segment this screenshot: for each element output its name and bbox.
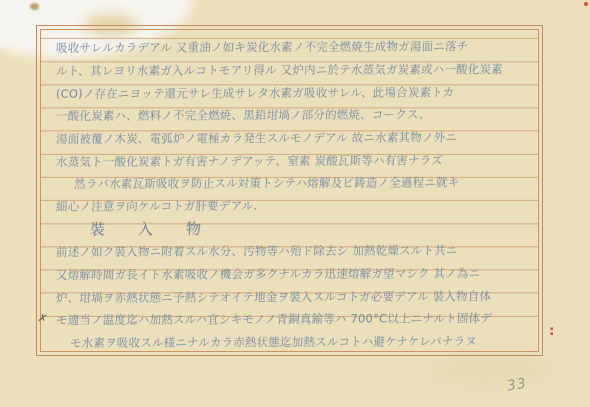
handwritten-line: モ適当ノ温度迄ハ加熱スルハ宜シキモノノ青銅真鍮等ハ 700°C以上ニナルト固体デ: [56, 310, 493, 328]
handwritten-line: ルト、其レヨリ水素ガ入ルコトモアリ得ル 又炉内ニ於テ水蒸気ガ炭素或ハ一酸化炭素: [56, 61, 504, 79]
paper-stain: [430, 355, 550, 385]
page-number: 33: [506, 375, 528, 394]
handwritten-line: 前述ノ如ク裝入物ニ附着スル水分、汚物等ハ殆ド除去シ 加熱乾燥スルト共ニ: [56, 242, 458, 260]
section-heading: 裝 入 物: [89, 218, 210, 240]
handwritten-line: 細心ノ注意ヲ向ケルコトガ肝要デアル.: [56, 198, 258, 215]
handwritten-line: 又熔解時間ガ長イト水素吸收ノ機会ガ多クナルカラ迅速熔解ガ望マシク 其ノ為ニ: [56, 265, 481, 283]
handwritten-line: 一酸化炭素ハ、燃料ノ不完全燃焼、黒鉛坩堝ノ部分的燃焼、コークス、: [56, 106, 431, 124]
scanned-page: 吸收サレルカラデアル 又重油ノ如キ炭化水素ノ不完全燃焼生成物ガ湯面ニ落チ ルト、…: [0, 0, 590, 407]
handwritten-line: モ水素ヲ吸收スル様ニナルカラ赤熱状態迄加熱スルコトハ避ケナケレバナラヌ: [70, 333, 478, 351]
handwritten-line: 水蒸気ト一酸化炭素トガ有害ナノデアッテ、窒素 炭酸瓦斯等ハ有害ナラズ: [56, 152, 444, 170]
handwritten-line: 湯面被覆ノ木炭、電弧炉ノ電極カラ発生スルモノデアル 故ニ水素其物ノ外ニ: [56, 129, 458, 147]
scan-artifact-dot: [584, 2, 588, 6]
handwritten-line: 然ラバ水素瓦斯吸收ヲ防止スル対策トシテハ熔解及ビ鋳造ノ全過程ニ就キ: [74, 174, 460, 192]
paper-stain: [30, 3, 39, 10]
handwritten-line: (CO)ノ存在ニヨッテ還元サレ生成サレタ水素ガ吸收サレル、此場合炭素トカ: [56, 84, 455, 102]
margin-red-mark: ▪▪: [550, 327, 555, 337]
handwritten-line: 炉、坩堝ヲ赤熱状態ニ予熱シテオイテ地金ヲ裝入スルコトガ必要デアル 裝入物自体: [56, 288, 492, 306]
handwritten-line: 吸收サレルカラデアル 又重油ノ如キ炭化水素ノ不完全燃焼生成物ガ湯面ニ落チ: [56, 38, 469, 56]
